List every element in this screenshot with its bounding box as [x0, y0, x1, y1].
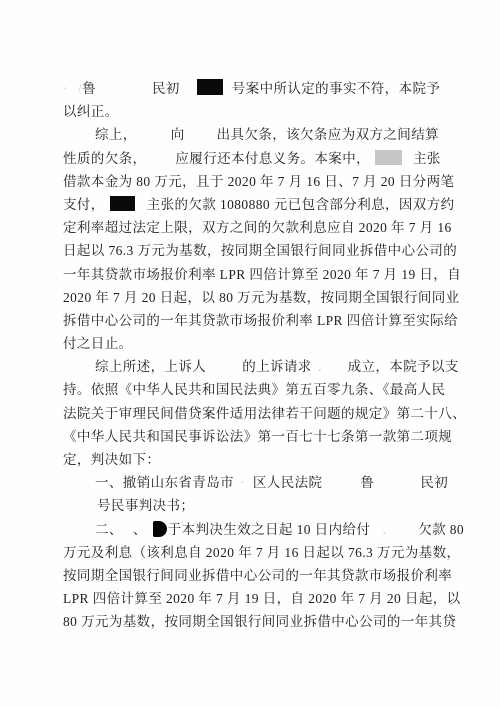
document-text: ·/鲁民初号案中所认定的事实不符，本院予以纠正。综上，向出具欠条，该欠条应为双方…	[63, 77, 445, 634]
redaction-mark	[153, 521, 167, 537]
text-segment: 成立，本院予以支	[348, 359, 459, 374]
text-line: 综上所述，上诉人的上诉请求．成立，本院予以支	[63, 355, 445, 378]
text-line: 法院关于审理民间借贷案件适用法律若干问题的规定》第二十八、	[63, 402, 445, 425]
redacted-blank	[396, 533, 418, 534]
text-segment: 鲁	[360, 475, 374, 490]
redacted-blank	[63, 370, 95, 371]
redacted-blank	[245, 486, 253, 487]
redacted-blank	[135, 208, 147, 209]
text-line: 按同期全国银行间同业拆借中心公司的一年其贷款市场报价利率	[63, 564, 445, 587]
redacted-blank	[63, 509, 97, 510]
text-line: 2020 年 7 月 20 日起，以 80 万元为基数，按同期全国银行间同业	[63, 286, 445, 309]
redacted-blank	[137, 138, 171, 139]
text-segment: 拆借中心公司的一年其贷款市场报价利率 LPR 四倍计算至实际给	[63, 313, 458, 328]
text-segment: 号案中所认定的事实不符，本院予	[232, 81, 441, 96]
redacted-blank	[223, 92, 232, 93]
redacted-blank	[146, 162, 175, 163]
text-segment: 主张	[413, 151, 441, 166]
text-segment: 综上所述，上诉人	[95, 359, 206, 374]
redacted-blank	[63, 533, 95, 534]
faint-remnant: ．	[382, 522, 396, 537]
text-segment: 《中华人民共和国民事诉讼法》第一百七十七条第一款第二项规	[63, 429, 452, 444]
redacted-blank	[123, 533, 133, 534]
text-line: 一、撤销山东省青岛市·区人民法院鲁民初	[63, 471, 445, 494]
text-line: ·/鲁民初号案中所认定的事实不符，本院予	[63, 77, 445, 100]
text-line: 万元及利息（该利息自 2020 年 7 月 16 日起以 76.3 万元为基数，	[63, 541, 445, 564]
text-segment: 欠款 80	[418, 522, 464, 537]
text-segment: 民初	[420, 475, 448, 490]
text-line: 定利率超过法定上限，双方之间的欠款利息应自 2020 年 7 月 16	[63, 216, 445, 239]
text-segment: 付之日止。	[63, 336, 133, 351]
redacted-blank	[402, 162, 413, 163]
redacted-blank	[63, 138, 95, 139]
text-segment: 定利率超过法定上限，双方之间的欠款利息应自 2020 年 7 月 16	[63, 220, 452, 235]
text-segment: 、	[133, 522, 147, 537]
redacted-blank	[68, 92, 78, 93]
text-segment: 借款本金为 80 万元，且于 2020 年 7 月 16 日、7 月 20 日分…	[63, 174, 454, 189]
redacted-blank	[332, 370, 348, 371]
text-segment: 以纠正。	[63, 104, 119, 119]
text-line: 支付，主张的欠款 1080880 元已包含部分利息，因双方约	[63, 193, 445, 216]
text-line: 号民事判决书；	[63, 494, 445, 517]
text-segment: 80 万元为基数，按同期全国银行间同业拆借中心公司的一年其贷	[63, 614, 456, 629]
text-line: LPR 四倍计算至 2020 年 7 月 19 日，自 2020 年 7 月 2…	[63, 587, 445, 610]
redaction-box-black	[197, 79, 223, 95]
redacted-blank	[147, 533, 153, 534]
redacted-blank	[374, 486, 420, 487]
redacted-blank	[96, 92, 152, 93]
text-segment: 持。依照《中华人民共和国民法典》第五百零九条、《最高人民	[63, 382, 445, 397]
text-segment: 日起以 76.3 万元为基数，按同期全国银行间同业拆借中心公司的	[63, 243, 457, 258]
text-line: 拆借中心公司的一年其贷款市场报价利率 LPR 四倍计算至实际给	[63, 309, 445, 332]
faint-remnant: ·	[240, 475, 245, 490]
text-line: 持。依照《中华人民共和国民法典》第五百零九条、《最高人民	[63, 378, 445, 401]
text-segment: 万元及利息（该利息自 2020 年 7 月 16 日起以 76.3 万元为基数，	[63, 545, 460, 560]
text-segment: 的上诉请求	[242, 359, 312, 374]
text-segment: 二、	[95, 522, 123, 537]
text-segment: 一、撤销山东省青岛市	[95, 475, 234, 490]
redacted-blank	[185, 138, 217, 139]
text-segment: LPR 四倍计算至 2020 年 7 月 19 日，自 2020 年 7 月 2…	[63, 591, 461, 606]
text-segment: 2020 年 7 月 20 日起，以 80 万元为基数，按同期全国银行间同业	[63, 290, 460, 305]
text-line: 综上，向出具欠条，该欠条应为双方之间结算	[63, 123, 445, 146]
text-line: 性质的欠条，应履行还本付息义务。本案中，主张	[63, 147, 445, 170]
text-segment: 定，判决如下：	[63, 452, 160, 467]
text-line: 借款本金为 80 万元，且于 2020 年 7 月 16 日、7 月 20 日分…	[63, 170, 445, 193]
redaction-box-grey	[375, 150, 402, 165]
text-segment: 应履行还本付息义务。本案中，	[175, 151, 370, 166]
text-segment: 于本判决生效之日起 10 日内给付	[168, 522, 371, 537]
text-segment: 支付，	[63, 197, 105, 212]
text-line: 定，判决如下：	[63, 448, 445, 471]
redacted-blank	[370, 533, 382, 534]
redacted-blank	[322, 486, 360, 487]
text-line: 付之日止。	[63, 332, 445, 355]
text-segment: 鲁	[82, 81, 96, 96]
redacted-blank	[206, 370, 242, 371]
text-segment: 区人民法院	[253, 475, 323, 490]
text-segment: 主张的欠款 1080880 元已包含部分利息，因双方约	[147, 197, 455, 212]
text-line: 80 万元为基数，按同期全国银行间同业拆借中心公司的一年其贷	[63, 610, 445, 633]
document-page: ·/鲁民初号案中所认定的事实不符，本院予以纠正。综上，向出具欠条，该欠条应为双方…	[0, 0, 500, 707]
text-segment: 综上，	[95, 127, 137, 142]
text-line: 以纠正。	[63, 100, 445, 123]
text-segment: 出具欠条，该欠条应为双方之间结算	[217, 127, 439, 142]
text-line: 二、、于本判决生效之日起 10 日内给付．欠款 80	[63, 518, 445, 541]
redacted-blank	[63, 486, 95, 487]
text-line: 一年其贷款市场报价利率 LPR 四倍计算至 2020 年 7 月 19 日，自	[63, 263, 445, 286]
text-segment: 民初	[152, 81, 180, 96]
faint-remnant: ．	[318, 359, 332, 374]
redacted-blank	[180, 92, 197, 93]
faint-remnant: ·	[63, 81, 68, 96]
text-segment: 号民事判决书；	[97, 498, 194, 513]
text-segment: 按同期全国银行间同业拆借中心公司的一年其贷款市场报价利率	[63, 568, 452, 583]
text-segment: 法院关于审理民间借贷案件适用法律若干问题的规定》第二十八、	[63, 406, 466, 421]
text-segment: 向	[171, 127, 185, 142]
text-segment: 一年其贷款市场报价利率 LPR 四倍计算至 2020 年 7 月 19 日，自	[63, 267, 461, 282]
text-line: 日起以 76.3 万元为基数，按同期全国银行间同业拆借中心公司的	[63, 239, 445, 262]
redaction-box-black	[110, 196, 135, 211]
text-line: 《中华人民共和国民事诉讼法》第一百七十七条第一款第二项规	[63, 425, 445, 448]
text-segment: 性质的欠条，	[63, 151, 146, 166]
